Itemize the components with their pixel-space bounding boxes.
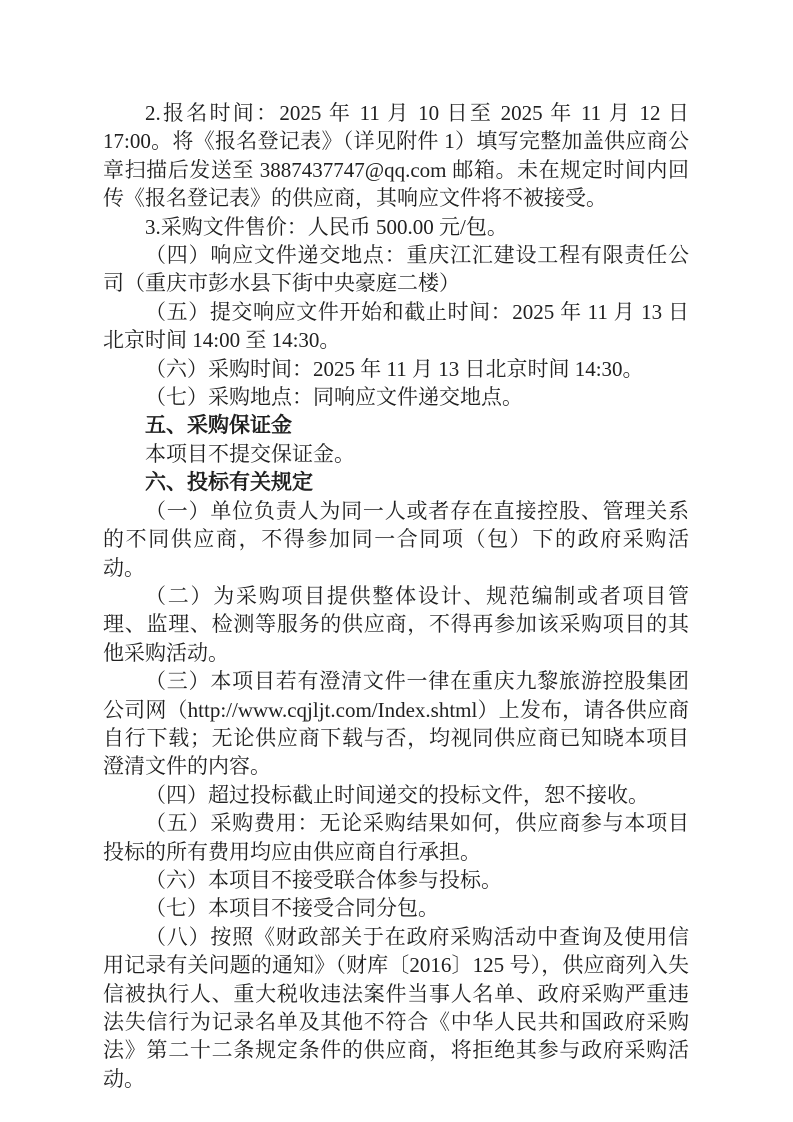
paragraph: （八）按照《财政部关于在政府采购活动中查询及使用信用记录有关问题的通知》（财库〔… [103,923,689,1093]
paragraph: （三）本项目若有澄清文件一律在重庆九黎旅游控股集团公司网（http://www.… [103,667,689,781]
paragraph: （四）响应文件递交地点：重庆江汇建设工程有限责任公司（重庆市彭水县下街中央豪庭二… [103,241,689,298]
paragraph: （五）提交响应文件开始和截止时间：2025 年 11 月 13 日北京时间 14… [103,298,689,355]
section-heading: 六、投标有关规定 [103,468,689,496]
paragraph: （四）超过投标截止时间递交的投标文件，恕不接收。 [103,781,689,809]
document-page: 2.报名时间：2025 年 11 月 10 日至 2025 年 11 月 12 … [0,0,793,1122]
paragraph: （六）本项目不接受联合体参与投标。 [103,866,689,894]
paragraph: （七）采购地点：同响应文件递交地点。 [103,383,689,411]
paragraph: （一）单位负责人为同一人或者存在直接控股、管理关系的不同供应商，不得参加同一合同… [103,497,689,582]
paragraph: 3.采购文件售价：人民币 500.00 元/包。 [103,213,689,241]
paragraph: （二）为采购项目提供整体设计、规范编制或者项目管理、监理、检测等服务的供应商，不… [103,582,689,667]
paragraph: （五）采购费用：无论采购结果如何，供应商参与本项目投标的所有费用均应由供应商自行… [103,809,689,866]
paragraph: （七）本项目不接受合同分包。 [103,894,689,922]
document-body: 2.报名时间：2025 年 11 月 10 日至 2025 年 11 月 12 … [103,99,689,1093]
section-heading: 五、采购保证金 [103,411,689,439]
paragraph: 本项目不提交保证金。 [103,440,689,468]
paragraph: （六）采购时间：2025 年 11 月 13 日北京时间 14:30。 [103,355,689,383]
paragraph: 2.报名时间：2025 年 11 月 10 日至 2025 年 11 月 12 … [103,99,689,213]
